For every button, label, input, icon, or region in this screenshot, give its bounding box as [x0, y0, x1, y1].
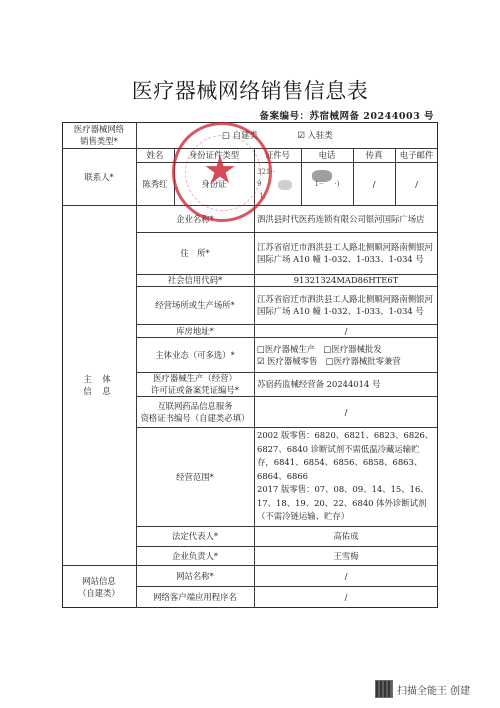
- filing-number: 备案编号：苏宿械网备 20244003 号: [260, 108, 435, 122]
- legal-representative-value: 高佑成: [254, 526, 438, 546]
- contact-email: /: [395, 162, 438, 205]
- contact-header-id-number: 证件号: [254, 148, 301, 162]
- legal-representative-label: 法定代表人*: [136, 526, 254, 546]
- redacted-id-text: 321··9 1.: [257, 166, 275, 202]
- app-name-label: 网络客户端应用程序名: [136, 586, 254, 608]
- warehouse-address-label: 库房地址*: [136, 324, 254, 337]
- website-name-value: /: [254, 565, 438, 586]
- company-manager-label: 企业负责人*: [136, 546, 254, 565]
- address-label: 住 所*: [136, 232, 254, 274]
- license-number-label: 医疗器械生产（经营） 许可证或备案凭证编号*: [136, 372, 254, 396]
- contact-header-id-type: 身份证件类型: [174, 148, 254, 162]
- page-title: 医疗器械网络销售信息表: [0, 75, 500, 105]
- business-type-options[interactable]: □医疗器械生产 □医疗器械批发 ☑ 医疗器械零售 □医疗器械批零兼营: [254, 337, 438, 372]
- business-scope-label: 经营范围*: [136, 427, 254, 526]
- scanner-label: 扫描全能王 创建: [397, 682, 470, 697]
- internet-drug-cert-label: 互联网药品信息服务 资格证书编号（自建类必填）: [136, 396, 254, 427]
- contact-id-type: 身份证: [174, 162, 254, 205]
- credit-code-label: 社会信用代码*: [136, 274, 254, 286]
- company-name-label: 企业名称*: [136, 205, 254, 232]
- scanner-watermark: 扫描全能王 创建: [375, 680, 470, 698]
- contact-header-email: 电子邮件: [395, 148, 438, 162]
- sales-type-self-built-checkbox[interactable]: □ 自建类: [200, 122, 280, 148]
- company-manager-value: 王雪梅: [254, 546, 438, 565]
- contact-name: 陈秀红: [136, 162, 174, 205]
- license-number-value: 苏宿药监械经营备 20244014 号: [254, 372, 438, 396]
- company-name-value: 泗洪县时代医药连锁有限公司银河国际广场店: [254, 205, 438, 232]
- sales-type-resident-checkbox[interactable]: ☑ 入驻类: [280, 122, 350, 148]
- app-name-value: /: [254, 586, 438, 608]
- business-type-label: 主体业态（可多选）*: [136, 337, 254, 372]
- business-premises-label: 经营场所或生产场所*: [136, 286, 254, 324]
- contact-header-fax: 传真: [353, 148, 395, 162]
- warehouse-address-value: /: [254, 324, 438, 337]
- address-value: 江苏省宿迁市泗洪县工人路北侧顺河路南侧银河国际广场 A10 幢 1-032、1-…: [254, 232, 438, 274]
- credit-code-value: 91321324MAD86HTE6T: [254, 274, 438, 286]
- website-name-label: 网站名称*: [136, 565, 254, 586]
- internet-drug-cert-value: /: [254, 396, 438, 427]
- contact-header-name: 姓名: [136, 148, 174, 162]
- contact-header-phone: 电话: [301, 148, 353, 162]
- contact-phone: 1·· ·): [301, 162, 353, 205]
- redaction-smudge: [278, 180, 292, 190]
- website-section-label: 网站信息 （自建类）: [62, 565, 136, 608]
- contact-fax: /: [353, 162, 395, 205]
- business-scope-value: 2002 版零售：6820、6821、6823、6826、6827、6840 诊…: [254, 427, 438, 526]
- redaction-smudge: [312, 170, 332, 182]
- entity-section-label: 主 体 信 息: [62, 205, 136, 565]
- sales-type-label: 医疗器械网络 销售类型*: [62, 122, 136, 148]
- business-premises-value: 江苏省宿迁市泗洪县工人路北侧顺河路南侧银河国际广场 A10 幢 1-032、1-…: [254, 286, 438, 324]
- qr-code-icon: [375, 680, 393, 698]
- contact-label: 联系人*: [62, 148, 136, 205]
